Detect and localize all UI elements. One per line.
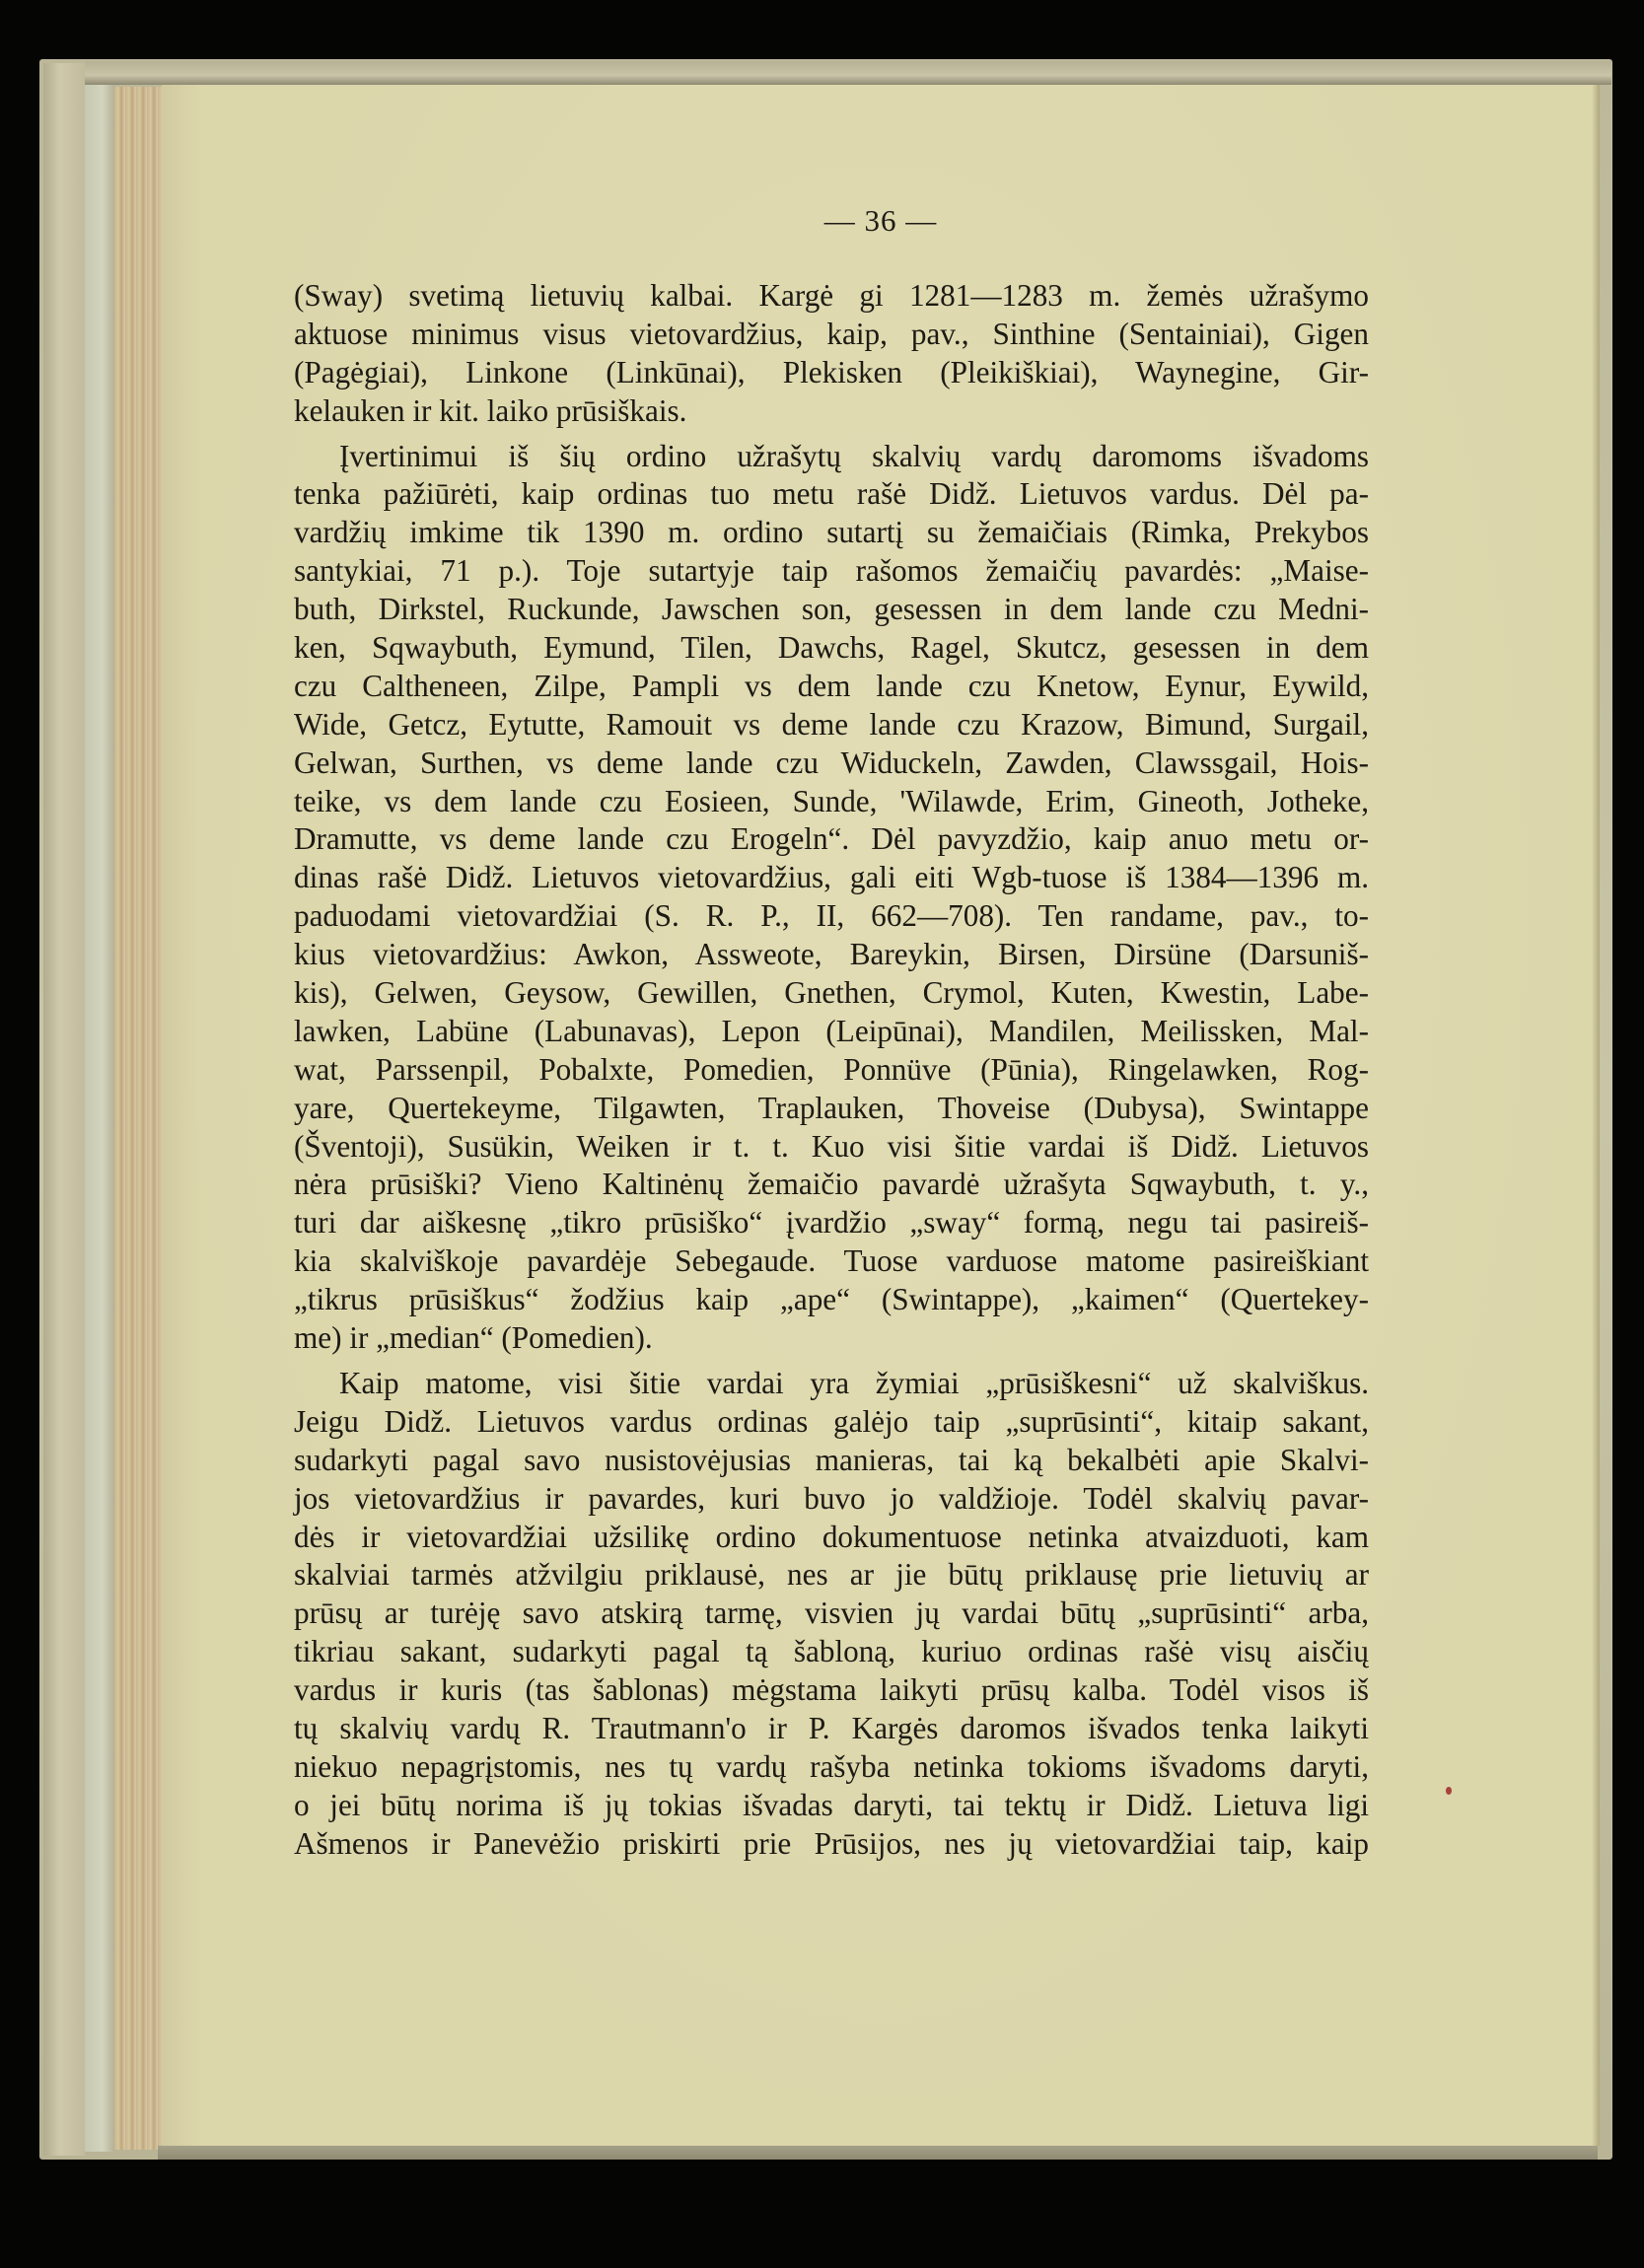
- text-line: kia skalviškoje pavardėje Sebegaude. Tuo…: [294, 1242, 1369, 1281]
- text-line: nėra prūsiški? Vieno Kaltinėnų žemaičio …: [294, 1166, 1369, 1204]
- text-line: tikriau sakant, sudarkyti pagal tą šablo…: [294, 1633, 1369, 1671]
- book-spine-cloth: [43, 63, 85, 2156]
- page-edges: [114, 87, 162, 2150]
- paragraph-gap: [294, 431, 1369, 438]
- page-number: — 36 —: [162, 203, 1600, 239]
- text-line: paduodami vietovardžiai (S. R. P., II, 6…: [294, 897, 1369, 936]
- text-line: wat, Parssenpil, Pobalxte, Pomedien, Pon…: [294, 1051, 1369, 1090]
- text-line: buth, Dirkstel, Ruckunde, Jawschen son, …: [294, 591, 1369, 629]
- text-line: yare, Quertekeyme, Tilgawten, Traplauken…: [294, 1090, 1369, 1128]
- text-line: (Sway) svetimą lietuvių kalbai. Kargė gi…: [294, 277, 1369, 316]
- text-line: sudarkyti pagal savo nusistovėjusias man…: [294, 1442, 1369, 1480]
- text-line: tų skalvių vardų R. Trautmann'o ir P. Ka…: [294, 1710, 1369, 1748]
- book-page: — 36 — (Sway) svetimą lietuvių kalbai. K…: [162, 85, 1600, 2146]
- text-line: vardžių imkime tik 1390 m. ordino sutart…: [294, 514, 1369, 552]
- text-line: prūsų ar turėję savo atskirą tarmę, visv…: [294, 1595, 1369, 1633]
- text-line: Ašmenos ir Panevėžio priskirti prie Prūs…: [294, 1825, 1369, 1864]
- text-line: niekuo nepagrįstomis, nes tų vardų rašyb…: [294, 1748, 1369, 1787]
- text-line: dinas rašė Didž. Lietuvos vietovardžius,…: [294, 859, 1369, 897]
- body-text: (Sway) svetimą lietuvių kalbai. Kargė gi…: [294, 277, 1369, 1864]
- paragraph-3: Kaip matome, visi šitie vardai yra žymia…: [294, 1365, 1369, 1864]
- ink-spot: [1446, 1787, 1452, 1795]
- paragraph-1: (Sway) svetimą lietuvių kalbai. Kargė gi…: [294, 277, 1369, 431]
- page-edge-shadow: [1592, 85, 1600, 2146]
- text-line: Įvertinimui iš šių ordino užrašytų skalv…: [294, 438, 1369, 476]
- text-line: santykiai, 71 p.). Toje sutartyje taip r…: [294, 552, 1369, 591]
- text-line: „tikrus prūsiškus“ žodžius kaip „ape“ (S…: [294, 1281, 1369, 1319]
- text-line: kis), Gelwen, Geysow, Gewillen, Gnethen,…: [294, 974, 1369, 1013]
- paragraph-gap: [294, 1358, 1369, 1365]
- text-line: kius vietovardžius: Awkon, Assweote, Bar…: [294, 936, 1369, 974]
- text-line: ken, Sqwaybuth, Eymund, Tilen, Dawchs, R…: [294, 629, 1369, 668]
- text-line: teike, vs dem lande czu Eosieen, Sunde, …: [294, 783, 1369, 821]
- text-line: Jeigu Didž. Lietuvos vardus ordinas galė…: [294, 1403, 1369, 1442]
- text-line: skalviai tarmės atžvilgiu priklausė, nes…: [294, 1556, 1369, 1595]
- text-line: dės ir vietovardžiai užsilikę ordino dok…: [294, 1519, 1369, 1557]
- text-line: Wide, Getcz, Eytutte, Ramouit vs deme la…: [294, 706, 1369, 744]
- text-line: (Šventoji), Susükin, Weiken ir t. t. Kuo…: [294, 1128, 1369, 1167]
- text-line: Kaip matome, visi šitie vardai yra žymia…: [294, 1365, 1369, 1403]
- text-line: jos vietovardžius ir pavardes, kuri buvo…: [294, 1480, 1369, 1519]
- text-line: czu Caltheneen, Zilpe, Pampli vs dem lan…: [294, 668, 1369, 706]
- text-line: kelauken ir kit. laiko prūsiškais.: [294, 392, 1369, 431]
- text-line: tenka pažiūrėti, kaip ordinas tuo metu r…: [294, 475, 1369, 514]
- book-bottom-edge: [158, 2146, 1598, 2160]
- paragraph-2: Įvertinimui iš šių ordino užrašytų skalv…: [294, 438, 1369, 1358]
- text-line: me) ir „median“ (Pomedien).: [294, 1319, 1369, 1358]
- text-line: aktuose minimus visus vietovardžius, kai…: [294, 316, 1369, 354]
- text-line: Gelwan, Surthen, vs deme lande czu Widuc…: [294, 744, 1369, 783]
- text-line: Dramutte, vs deme lande czu Erogeln“. Dė…: [294, 820, 1369, 859]
- book-spine-gauze: [85, 85, 114, 2152]
- text-line: lawken, Labüne (Labunavas), Lepon (Leipū…: [294, 1013, 1369, 1051]
- book-top-edge: [85, 61, 1611, 85]
- text-line: o jei būtų norima iš jų tokias išvadas d…: [294, 1787, 1369, 1825]
- text-line: turi dar aiškesnę „tikro prūsiško“ įvard…: [294, 1204, 1369, 1242]
- text-line: (Pagėgiai), Linkone (Linkūnai), Plekiske…: [294, 354, 1369, 392]
- text-line: vardus ir kuris (tas šablonas) mėgstama …: [294, 1671, 1369, 1710]
